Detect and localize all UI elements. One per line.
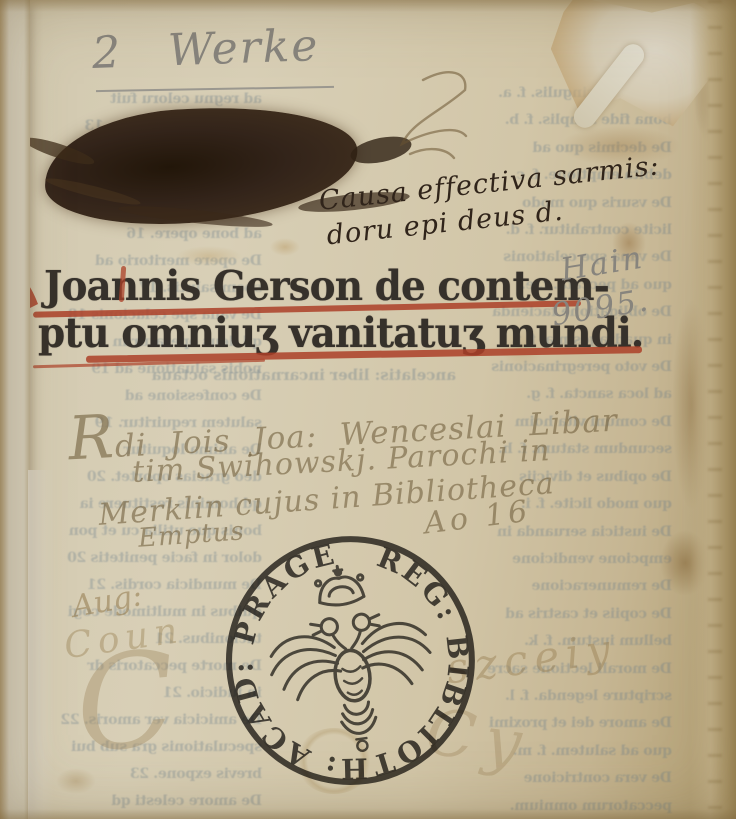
page-top-edge [0, 0, 736, 12]
binding-edge [0, 0, 30, 819]
bibliography-note: Hain 9095. [542, 237, 654, 337]
pencil-note: 2 Werke [91, 20, 320, 79]
faded-initial-letter: C [70, 622, 182, 782]
paper-stain [270, 238, 300, 256]
bleedthrough-line: ancelatis: liber incarnationis octaua [36, 366, 456, 384]
svg-text:REG: BIBLIOTH: ACAD: PRAGEN:: REG: BIBLIOTH: ACAD: PRAGEN: [205, 515, 492, 805]
page-bottom-edge [0, 809, 736, 819]
scanned-book-page: ad regnu celoru fuit De decem preceptis.… [0, 0, 736, 819]
ink-flourish [328, 62, 498, 182]
stamp-legend: REG: BIBLIOTH: ACAD: PRAGEN: [205, 515, 492, 805]
bleedthrough-line: empcione vendicione [438, 546, 672, 573]
bleedthrough-line: De voto peregrinacionis [438, 354, 672, 381]
bleedthrough-line: De remuneracione [438, 573, 672, 600]
crown-icon [320, 596, 365, 607]
binding-edge-highlight [28, 470, 54, 819]
fore-edge-crackle [708, 0, 722, 819]
library-stamp: REG: BIBLIOTH: ACAD: PRAGEN: [205, 515, 496, 806]
